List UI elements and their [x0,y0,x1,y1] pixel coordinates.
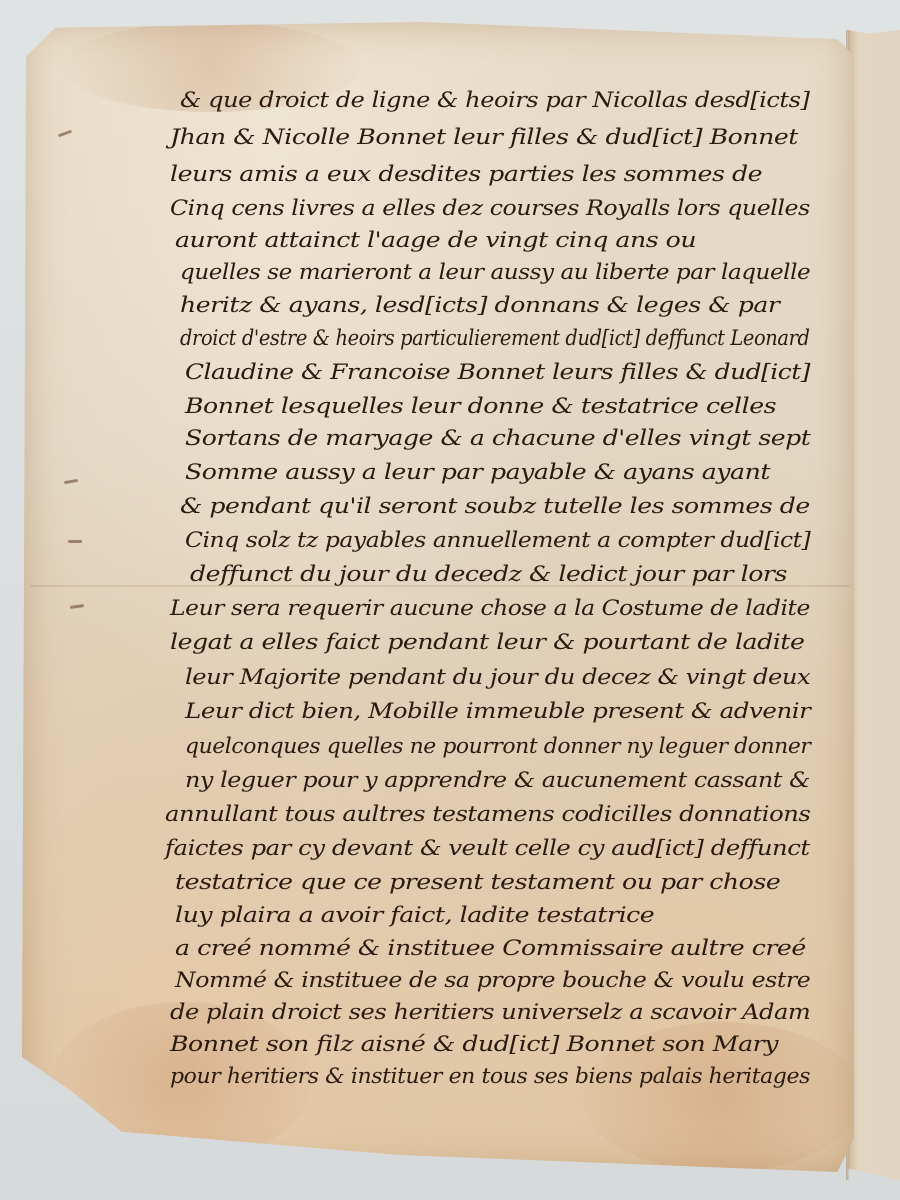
adjacent-page-edge [848,30,900,1180]
text-line: Somme aussy a leur par payable & ayans a… [185,460,770,484]
text-line: Sortans de maryage & a chacune d'elles v… [185,426,810,450]
text-line: leurs amis a eux desdites parties les so… [170,162,762,186]
text-line: annullant tous aultres testamens codicil… [165,802,810,826]
text-line: & que droict de ligne & heoirs par Nicol… [180,88,809,112]
text-line: Claudine & Francoise Bonnet leurs filles… [185,360,810,384]
text-line: testatrice que ce present testament ou p… [175,870,780,894]
text-line: ny leguer pour y apprendre & aucunement … [185,768,810,792]
text-line: Cinq cens livres a elles dez courses Roy… [170,196,810,220]
text-line: Bonnet son filz aisné & dud[ict] Bonnet … [170,1032,778,1056]
text-line: faictes par cy devant & veult celle cy a… [165,836,810,860]
text-line: de plain droict ses heritiers universelz… [170,1000,810,1024]
text-line: droict d'estre & heoirs particulierement… [180,326,810,350]
text-line: quelles se marieront a leur aussy au lib… [180,260,810,284]
text-line: Jhan & Nicolle Bonnet leur filles & dud[… [170,125,798,149]
text-line: luy plaira a avoir faict, ladite testatr… [175,903,654,927]
text-line: Leur sera requerir aucune chose a la Cos… [170,596,810,620]
text-line: Nommé & instituee de sa propre bouche & … [175,968,810,992]
text-line: Bonnet lesquelles leur donne & testatric… [185,394,776,418]
text-line: pour heritiers & instituer en tous ses b… [170,1064,810,1088]
text-line: Leur dict bien, Mobille immeuble present… [185,699,810,723]
text-line: legat a elles faict pendant leur & pourt… [170,630,804,654]
text-line: leur Majorite pendant du jour du decez &… [185,665,810,689]
text-line: a creé nommé & instituee Commissaire aul… [175,936,806,960]
text-line: heritz & ayans, lesd[icts] donnans & leg… [180,293,779,317]
text-line: Cinq solz tz payables annuellement a com… [185,528,810,552]
text-line: auront attainct l'aage de vingt cinq ans… [175,228,696,252]
text-line: & pendant qu'il seront soubz tutelle les… [180,494,810,518]
text-line: deffunct du jour du decedz & ledict jour… [190,562,787,586]
text-line: quelconques quelles ne pourront donner n… [185,734,810,758]
